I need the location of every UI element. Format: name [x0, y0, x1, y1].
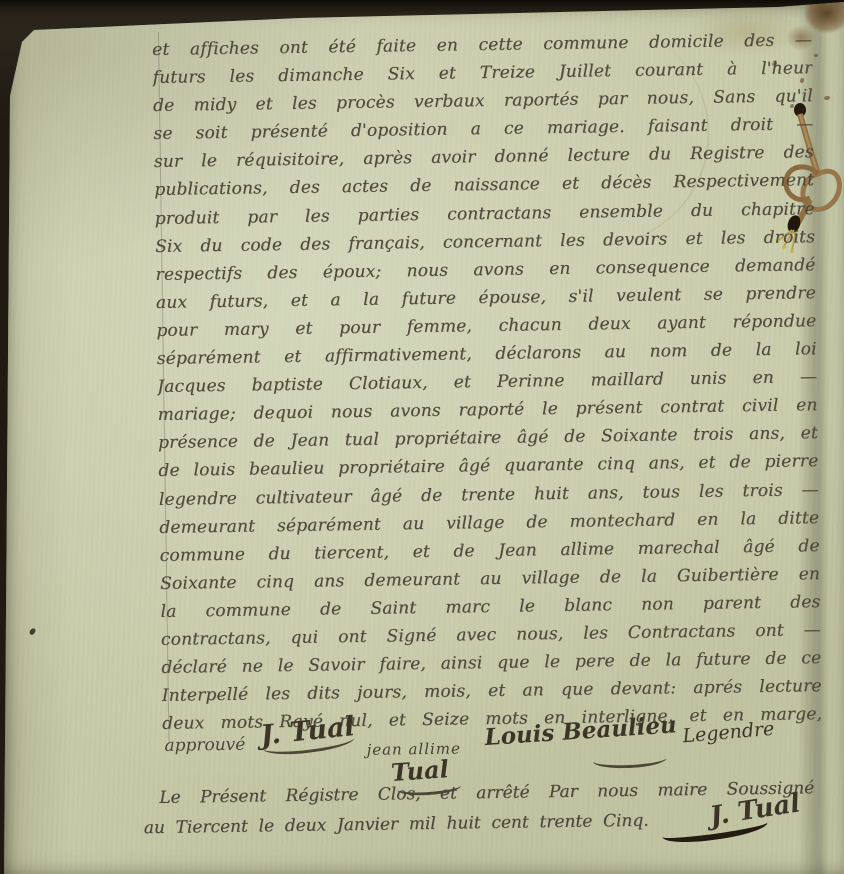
ink-speck — [29, 627, 37, 636]
paper-sheet: et affiches ont été faite en cette commu… — [0, 0, 844, 874]
signature-underline — [592, 749, 667, 770]
scanned-register-photo: et affiches ont été faite en cette commu… — [0, 0, 844, 874]
manuscript-text: et affiches ont été faite en cette commu… — [152, 26, 824, 868]
approval-word: approuvé — [164, 735, 245, 756]
closing-line: au Tiercent le deux Janvier mil huit cen… — [144, 807, 649, 842]
